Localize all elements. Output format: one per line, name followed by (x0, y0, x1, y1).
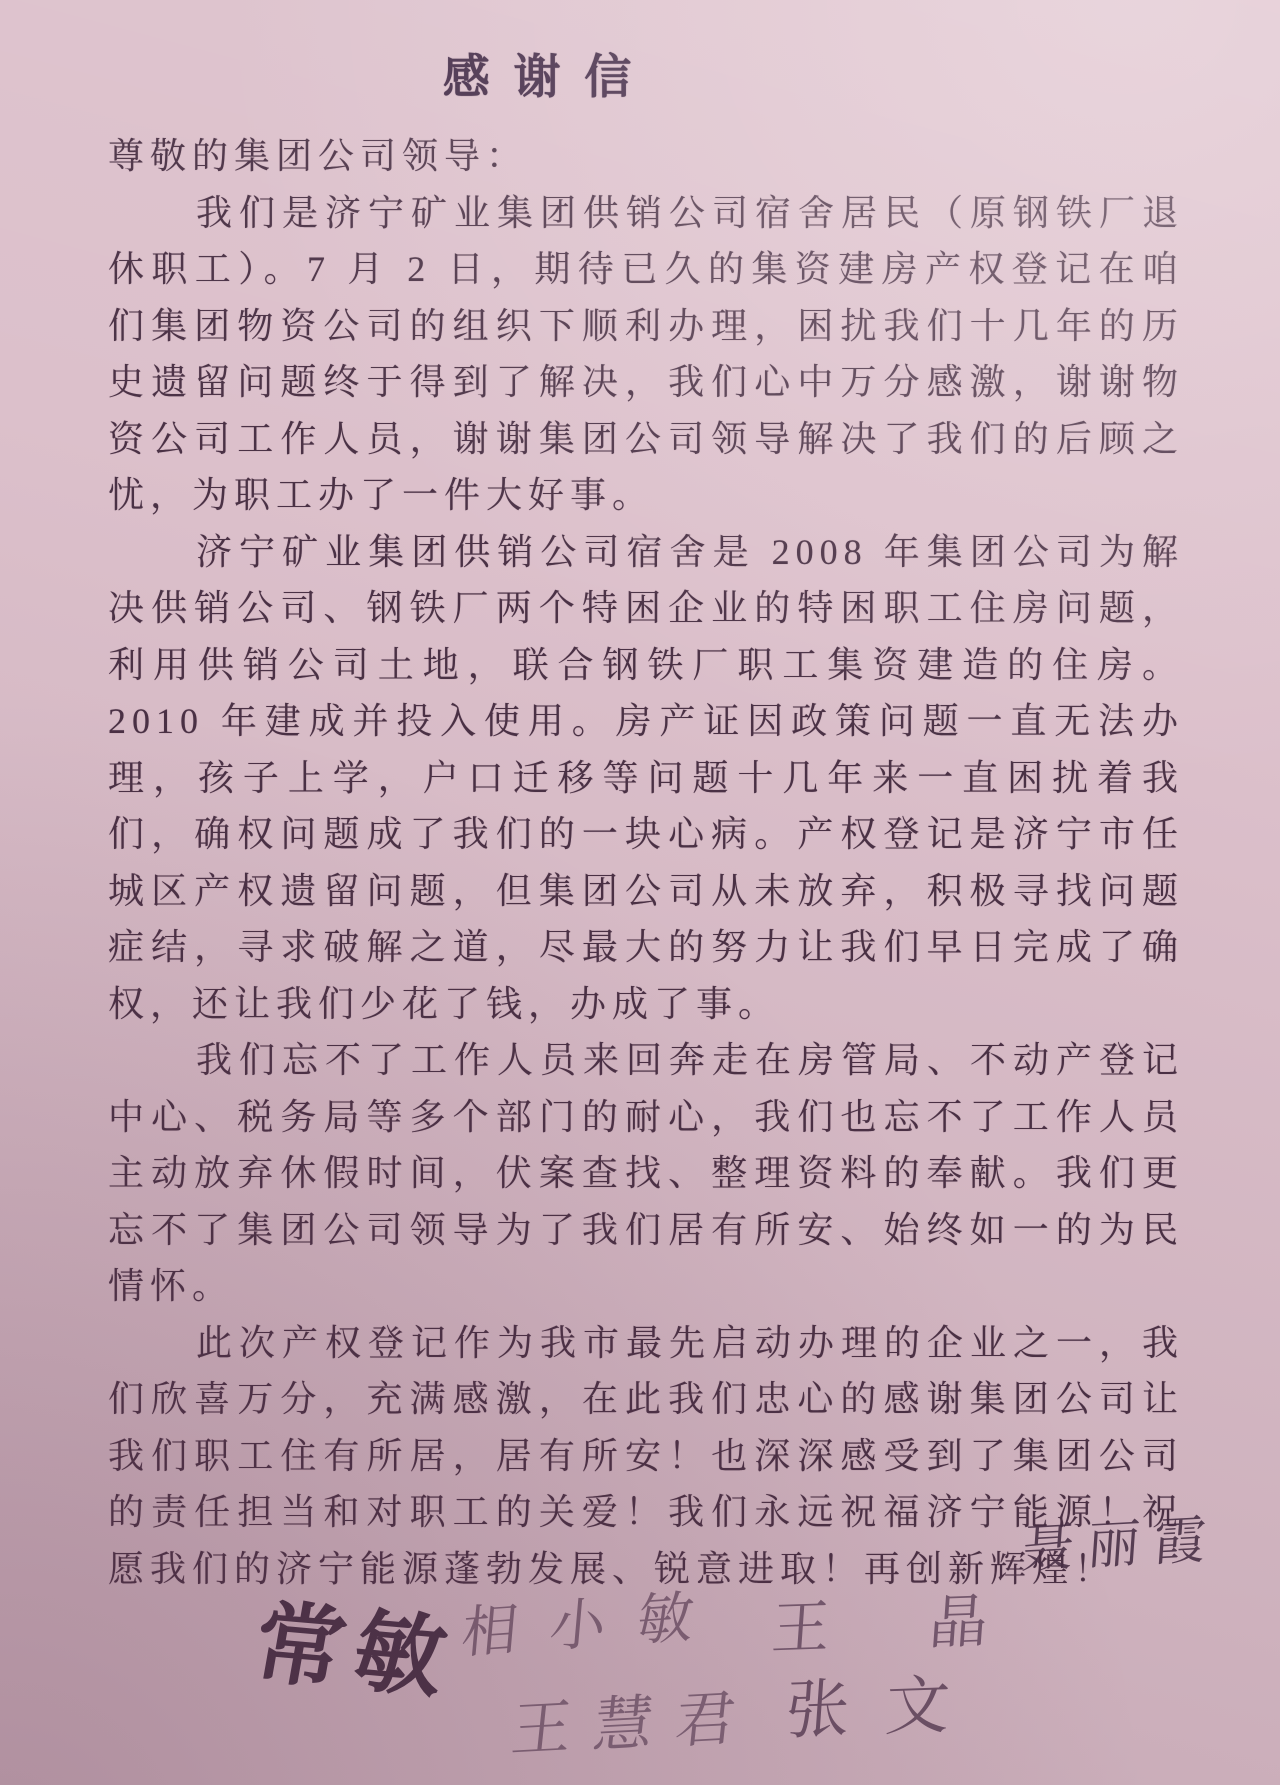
letter-salutation: 尊敬的集团公司领导： (108, 128, 1184, 185)
handwritten-signature-changmin: 常敏 (245, 1570, 467, 1716)
letter-paragraph-1: 我们是济宁矿业集团供销公司宿舍居民（原钢铁厂退休职工）。7 月 2 日，期待已久… (108, 185, 1184, 524)
handwritten-signature-wanghuijun: 王慧君 (508, 1669, 763, 1768)
handwritten-signature-wangjing: 王晶 (769, 1570, 1091, 1665)
letter-title: 感 谢 信 (0, 40, 1080, 107)
handwritten-signature-nielixia: 聂丽霞 (1020, 1497, 1223, 1583)
letter-body: 尊敬的集团公司领导： 我们是济宁矿业集团供销公司宿舍居民（原钢铁厂退休职工）。7… (108, 128, 1184, 1597)
letter-page: 感 谢 信 尊敬的集团公司领导： 我们是济宁矿业集团供销公司宿舍居民（原钢铁厂退… (0, 0, 1280, 1785)
letter-paragraph-2: 济宁矿业集团供销公司宿舍是 2008 年集团公司为解决供销公司、钢铁厂两个特困企… (108, 524, 1184, 1033)
handwritten-signature-zhangwen: 张文 (783, 1652, 989, 1751)
letter-paragraph-3: 我们忘不了工作人员来回奔走在房管局、不动产登记中心、税务局等多个部门的耐心，我们… (108, 1032, 1184, 1315)
